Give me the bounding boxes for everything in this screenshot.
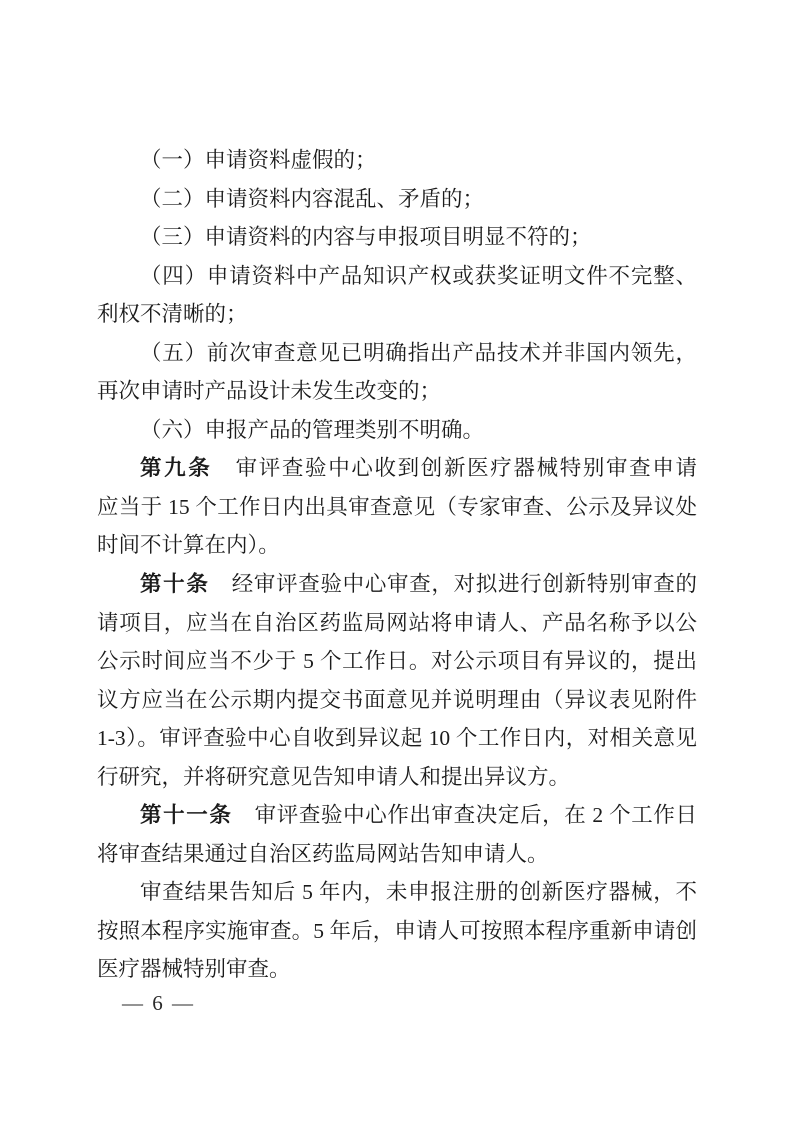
paragraph: （二）申请资料内容混乱、矛盾的； [97,180,697,219]
text-run: 议方应当在公示期内提交书面意见并说明理由（异议表见附件 [97,688,697,712]
text-run: 利权不清晰的； [97,302,248,326]
text-run: （二）申请资料内容混乱、矛盾的； [140,187,484,211]
text-line: 1-3）。审评查验中心自收到异议起 10 个工作日内，对相关意见进 [97,719,697,758]
text-line: 请项目，应当在自治区药监局网站将申请人、产品名称予以公示， [97,604,697,643]
paragraph: 第九条 审评查验中心收到创新医疗器械特别审查申请后，应当于 15 个工作日内出具… [97,449,697,565]
text-run: 再次申请时产品设计未发生改变的； [97,379,441,403]
text-line: （二）申请资料内容混乱、矛盾的； [97,180,697,219]
text-line: （五）前次审查意见已明确指出产品技术并非国内领先，且 [97,334,697,373]
text-line: 审查结果告知后 5 年内，未申报注册的创新医疗器械，不再 [97,873,697,912]
text-line: 按照本程序实施审查。5 年后，申请人可按照本程序重新申请创新 [97,912,697,951]
text-run: （五）前次审查意见已明确指出产品技术并非国内领先，且 [97,341,697,373]
page-number: — 6 — [122,991,195,1016]
text-run: 公示时间应当不少于 5 个工作日。对公示项目有异议的，提出异 [97,649,697,681]
paragraph: 审查结果告知后 5 年内，未申报注册的创新医疗器械，不再按照本程序实施审查。5 … [97,873,697,989]
paragraph: （六）申报产品的管理类别不明确。 [97,411,697,450]
text-run: 医疗器械特别审查。 [97,957,291,981]
text-line: （四）申请资料中产品知识产权或获奖证明文件不完整、专 [97,257,697,296]
text-line: 第十一条 审评查验中心作出审查决定后，在 2 个工作日内 [97,796,697,835]
text-run: （三）申请资料的内容与申报项目明显不符的； [140,225,592,249]
text-run: （四）申请资料中产品知识产权或获奖证明文件不完整、专 [97,264,697,296]
document-page: （一）申请资料虚假的；（二）申请资料内容混乱、矛盾的；（三）申请资料的内容与申报… [0,0,793,1122]
text-run: 应当于 15 个工作日内出具审查意见（专家审查、公示及异议处理 [97,495,697,527]
text-run: （六）申报产品的管理类别不明确。 [140,418,484,442]
text-run: 将审查结果通过自治区药监局网站告知申请人。 [97,842,549,866]
text-line: （三）申请资料的内容与申报项目明显不符的； [97,218,697,257]
article-number: 第九条 [140,456,212,480]
paragraph: （五）前次审查意见已明确指出产品技术并非国内领先，且再次申请时产品设计未发生改变… [97,334,697,411]
text-run: 审查结果告知后 5 年内，未申报注册的创新医疗器械，不再 [97,880,697,912]
paragraph: （一）申请资料虚假的； [97,141,697,180]
article-number: 第十条 [140,572,210,596]
text-run: 行研究，并将研究意见告知申请人和提出异议方。 [97,765,570,789]
text-line: （一）申请资料虚假的； [97,141,697,180]
paragraph: （三）申请资料的内容与申报项目明显不符的； [97,218,697,257]
text-line: （六）申报产品的管理类别不明确。 [97,411,697,450]
text-run: 1-3）。审评查验中心自收到异议起 10 个工作日内，对相关意见进 [97,726,697,758]
text-line: 议方应当在公示期内提交书面意见并说明理由（异议表见附件 [97,681,697,720]
text-line: 行研究，并将研究意见告知申请人和提出异议方。 [97,758,697,797]
text-line: 公示时间应当不少于 5 个工作日。对公示项目有异议的，提出异 [97,642,697,681]
text-line: 再次申请时产品设计未发生改变的； [97,372,697,411]
text-run: （一）申请资料虚假的； [140,148,377,172]
article-number: 第十一条 [140,803,232,827]
paragraph: 第十一条 审评查验中心作出审查决定后，在 2 个工作日内将审查结果通过自治区药监… [97,796,697,873]
paragraph: （四）申请资料中产品知识产权或获奖证明文件不完整、专利权不清晰的； [97,257,697,334]
text-line: 时间不计算在内）。 [97,526,697,565]
text-run: 按照本程序实施审查。5 年后，申请人可按照本程序重新申请创新 [97,919,697,951]
text-run: 请项目，应当在自治区药监局网站将申请人、产品名称予以公示， [97,611,697,643]
text-line: 第九条 审评查验中心收到创新医疗器械特别审查申请后， [97,449,697,488]
paragraph: 第十条 经审评查验中心审查，对拟进行创新特别审查的申请项目，应当在自治区药监局网… [97,565,697,796]
text-line: 应当于 15 个工作日内出具审查意见（专家审查、公示及异议处理 [97,488,697,527]
text-line: 利权不清晰的； [97,295,697,334]
text-line: 第十条 经审评查验中心审查，对拟进行创新特别审查的申 [97,565,697,604]
document-body: （一）申请资料虚假的；（二）申请资料内容混乱、矛盾的；（三）申请资料的内容与申报… [97,141,697,989]
text-line: 医疗器械特别审查。 [97,950,697,989]
text-line: 将审查结果通过自治区药监局网站告知申请人。 [97,835,697,874]
text-run: 时间不计算在内）。 [97,533,280,557]
